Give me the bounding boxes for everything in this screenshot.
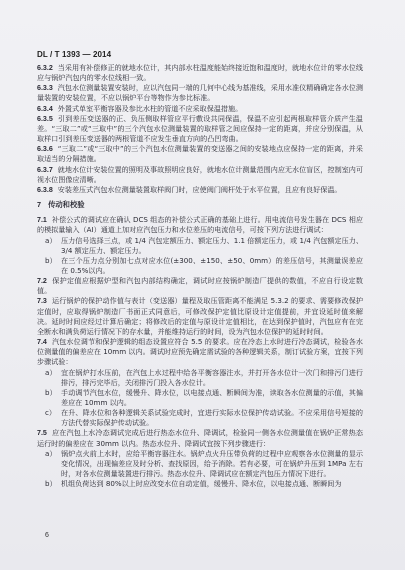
clause-text: 外置式单室平衡容器及参比水柱的管道不应采取保温措施。 (58, 104, 242, 113)
clause-text: 补偿公式的调试应在确认 DCS 组态的补偿公式正确的基础上进行。用电流信号发生器… (37, 215, 363, 234)
clause-6-3-4: 6.3.4外置式单室平衡容器及参比水柱的管道不应采取保温措施。 (37, 104, 363, 114)
clause-number: 6.3.6 (37, 145, 53, 153)
list-label: a） (45, 236, 56, 246)
list-text: 宜在锅炉打水压前，在汽包上水过程中给各平衡容器注水，并打开各水位计一次门和排污门… (61, 368, 363, 387)
list-text: 压力信号选择三点，或 1/4 汽包定额压力、额定压力、1.1 倍额定压力，或 1… (61, 236, 363, 255)
list-item: b）机组负荷达到 80%以上时应改变水位自动定值，缓慢升、降水位，以电接点通、断… (37, 479, 363, 489)
section-number: 7 (37, 200, 41, 209)
clause-number: 7.5 (37, 429, 47, 437)
clause-text: 引到差压变送器的正、负压侧取样管应平行敷设共同保温，保温不应引起两根取样管介质产… (37, 114, 363, 143)
clause-7-2: 7.2保护定值应根据炉型和汽包内部结构确定，调试时应按锅炉制造厂提供的数值，不应… (37, 276, 363, 296)
list-label: a） (45, 449, 56, 459)
clause-number: 6.3.4 (37, 105, 53, 113)
list-item: c）在升、降水位和各种逻辑关系试验完成时，宜进行实际水位保护传动试验。不应采用信… (37, 408, 363, 428)
clause-text: 保护定值应根据炉型和汽包内部结构确定，调试时应按锅炉制造厂提供的数值，不应自行设… (37, 276, 363, 295)
section-title: 传动和校验 (48, 200, 84, 209)
list-item: a）宜在锅炉打水压前，在汽包上水过程中给各平衡容器注水，并打开各水位计一次门和排… (37, 368, 363, 388)
list-label: a） (45, 368, 56, 378)
list-text: 机组负荷达到 80%以上时应改变水位自动定值，缓慢升、降水位，以电接点通、断瞬间… (61, 479, 342, 488)
clause-number: 7.4 (37, 338, 47, 346)
clause-number: 7.2 (37, 277, 47, 285)
clause-text: 运行锅炉的保护动作值与表计（变送器）量程及取压管距离不能满足 5.3.2 的要求… (37, 296, 363, 335)
clause-text: 应在汽包上水冷态调试完成后进行热态水位升、降调试，检验同一侧各水位测量值在锅炉正… (37, 428, 363, 447)
clause-text: 汽包水位测量装置安装时，应以汽包同一端的几何中心线为基准线，采用水准仪精确确定各… (37, 83, 363, 102)
clause-number: 7.1 (37, 216, 47, 224)
list-label: b） (45, 256, 57, 266)
clause-6-3-3: 6.3.3汽包水位测量装置安装时，应以汽包同一端的几何中心线为基准线，采用水准仪… (37, 83, 363, 103)
standard-header: DL / T 1393 — 2014 (37, 50, 111, 59)
clause-text: “三取二”或“三取中”的三个汽包水位测量装置的变送器之间的安装地点应保持一定的距… (37, 144, 363, 163)
clause-text: 就地水位计安装位置的照明及事故照明应良好，就地水位计测量范围内应无水位盲区，控制… (37, 165, 363, 184)
clause-text: 汽包水位调节和保护逻辑的组态设置应符合 5.5 的要求。应在冷态上水时进行冷态调… (37, 337, 363, 366)
clause-number: 6.3.2 (37, 64, 53, 72)
list-label: b） (45, 479, 57, 489)
section-heading-7: 7传动和校验 (37, 200, 363, 210)
list-label: c） (45, 408, 56, 418)
clause-6-3-2: 6.3.2当采用有补偿修正的就地水位计，其内部水柱温度能始终接近饱和温度时，就地… (37, 63, 363, 83)
list-text: 手动调节汽包水位，缓慢升、降水位，以电接点通、断瞬间为准，读取各水位测量的示值，… (61, 388, 363, 407)
clause-7-4: 7.4汽包水位调节和保护逻辑的组态设置应符合 5.5 的要求。应在冷态上水时进行… (37, 337, 363, 367)
clause-number: 6.3.8 (37, 186, 53, 194)
list-text: 在三个压力点分别加七点对应水位(±300、±150、±50、0mm）的差压信号，… (61, 256, 363, 275)
clause-number: 7.3 (37, 297, 47, 305)
clause-number: 6.3.7 (37, 166, 53, 174)
clause-6-3-5: 6.3.5引到差压变送器的正、负压侧取样管应平行敷设共同保温，保温不应引起两根取… (37, 114, 363, 144)
clause-6-3-6: 6.3.6“三取二”或“三取中”的三个汽包水位测量装置的变送器之间的安装地点应保… (37, 144, 363, 164)
list-item: b）手动调节汽包水位，缓慢升、降水位，以电接点通、断瞬间为准，读取各水位测量的示… (37, 388, 363, 408)
list-text: 在升、降水位和各种逻辑关系试验完成时，宜进行实际水位保护传动试验。不应采用信号短… (61, 408, 363, 427)
list-label: b） (45, 388, 57, 398)
document-body: 6.3.2当采用有补偿修正的就地水位计，其内部水柱温度能始终接近饱和温度时，就地… (37, 63, 363, 489)
clause-6-3-7: 6.3.7就地水位计安装位置的照明及事故照明应良好，就地水位计测量范围内应无水位… (37, 165, 363, 185)
clause-text: 安装差压式汽包水位测量装置取样阀门时，应使阀门阀杆处于水平位置，且应有良好保温。 (58, 185, 342, 194)
document-page: DL / T 1393 — 2014 6.3.2当采用有补偿修正的就地水位计，其… (0, 0, 405, 570)
clause-text: 当采用有补偿修正的就地水位计，其内部水柱温度能始终接近饱和温度时，就地水位计的零… (37, 63, 363, 82)
clause-number: 6.3.5 (37, 115, 53, 123)
list-item: b）在三个压力点分别加七点对应水位(±300、±150、±50、0mm）的差压信… (37, 256, 363, 276)
clause-number: 6.3.3 (37, 84, 53, 92)
list-item: a）压力信号选择三点，或 1/4 汽包定额压力、额定压力、1.1 倍额定压力，或… (37, 236, 363, 256)
clause-7-1: 7.1补偿公式的调试应在确认 DCS 组态的补偿公式正确的基础上进行。用电流信号… (37, 215, 363, 235)
list-item: a）锅炉点火前上水时，应给平衡容器注水。锅炉点火升压带负荷的过程中应观察各水位测… (37, 449, 363, 479)
clause-6-3-8: 6.3.8安装差压式汽包水位测量装置取样阀门时，应使阀门阀杆处于水平位置，且应有… (37, 185, 363, 195)
clause-7-3: 7.3运行锅炉的保护动作值与表计（变送器）量程及取压管距离不能满足 5.3.2 … (37, 296, 363, 337)
list-text: 锅炉点火前上水时，应给平衡容器注水。锅炉点火升压带负荷的过程中应观察各水位测量的… (61, 449, 363, 478)
page-number: 6 (45, 532, 49, 539)
clause-7-5: 7.5应在汽包上水冷态调试完成后进行热态水位升、降调试，检验同一侧各水位测量值在… (37, 428, 363, 448)
